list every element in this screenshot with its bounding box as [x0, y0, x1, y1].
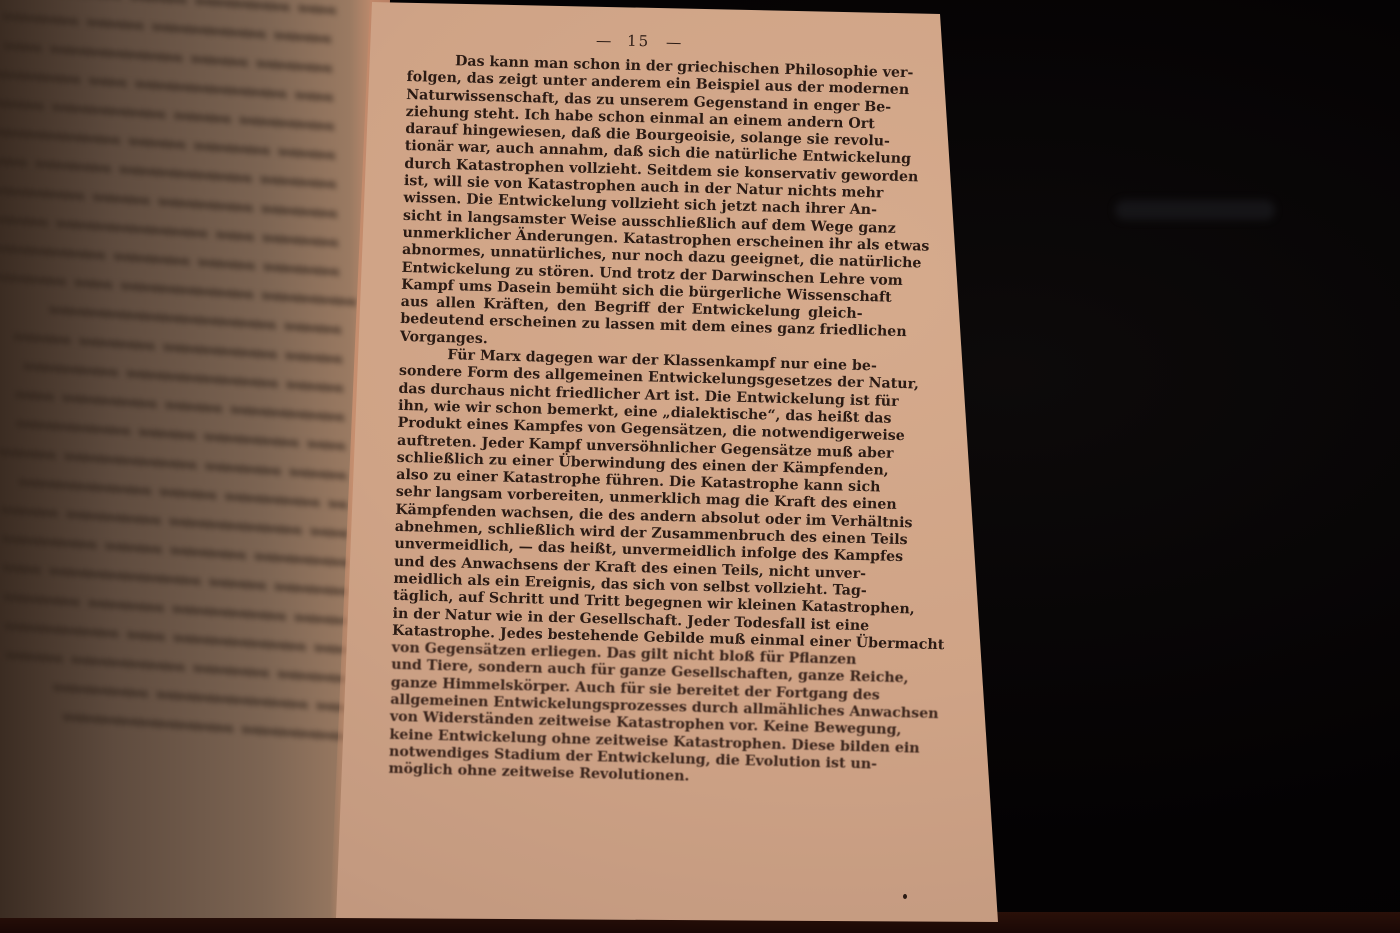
text-line: wissen. Die Entwickelung vollzieht sich …: [403, 190, 865, 219]
text-line: allgemeinen Entwickelungsprozesses durch…: [390, 692, 852, 721]
page-number: 15: [408, 26, 870, 56]
text-line: sondere Form des allgemeinen Entwickelun…: [399, 363, 861, 392]
page-number-value: 15: [627, 32, 651, 51]
text-line: sicht in langsamster Weise ausschließlic…: [403, 208, 865, 237]
text-line: Naturwissenschaft, das zu unserem Gegens…: [406, 87, 868, 116]
text-line: Für Marx dagegen war der Klassenkampf nu…: [399, 346, 861, 375]
text-line: täglich, auf Schritt und Tritt begegnen …: [393, 588, 855, 617]
text-line: Vorganges.: [400, 329, 862, 358]
text-line: unvermeidlich, — das heißt, unvermeidlic…: [394, 536, 856, 565]
right-page-content: 15 Das kann man schon in der griechische…: [388, 26, 870, 790]
paragraph-1: Das kann man schon in der griechischen P…: [400, 52, 870, 358]
text-line: in der Natur wie in der Gesellschaft. Je…: [392, 605, 854, 634]
text-line: und des Anwachsens der Kraft des einen T…: [394, 553, 856, 582]
text-line: ganze Himmelskörper. Auch für sie bereit…: [391, 674, 853, 703]
page-number-dash-left: [596, 40, 610, 41]
text-line: bedeutend erscheinen zu lassen mit dem e…: [400, 311, 862, 340]
text-line: notwendiges Stadium der Entwickelung, di…: [389, 744, 851, 773]
text-line: auftreten. Jeder Kampf unversöhnlicher G…: [397, 432, 859, 461]
text-line: folgen, das zeigt unter anderem ein Beis…: [406, 69, 868, 98]
text-line: darauf hingewiesen, daß die Bourgeoisie,…: [405, 121, 867, 150]
text-line: Entwickelung zu stören. Und trotz der Da…: [401, 259, 863, 288]
left-page-text: ꟷꟷꟷ ꟷꟷꟷꟷ ꟷꟷꟷ ꟷꟷꟷꟷꟷ ꟷꟷꟷꟷꟷꟷ ꟷꟷꟷ ꟷꟷꟷꟷꟷꟷ ꟷꟷꟷ…: [0, 0, 380, 756]
text-line: sehr langsam vorbereiten, unmerklich mag…: [396, 484, 858, 513]
text-line: also zu einer Katastrophe führen. Die Ka…: [396, 467, 858, 496]
text-line: durch Katastrophen vollzieht. Seitdem si…: [404, 156, 866, 185]
text-line: Produkt eines Kampfes von Gegensätzen, d…: [397, 415, 859, 444]
text-line: von Gegensätzen erliegen. Das gilt nicht…: [391, 640, 853, 669]
text-line: Das kann man schon in der griechischen P…: [407, 52, 869, 81]
text-line: ist, will sie von Katastrophen auch in d…: [404, 173, 866, 202]
text-line: ihn, wie wir schon bemerkt, eine „dialek…: [398, 398, 860, 427]
left-page-blurred: ꟷꟷꟷ ꟷꟷꟷꟷ ꟷꟷꟷ ꟷꟷꟷꟷꟷ ꟷꟷꟷꟷꟷꟷ ꟷꟷꟷ ꟷꟷꟷꟷꟷꟷ ꟷꟷꟷ…: [0, 0, 380, 918]
text-line: schließlich zu einer Überwindung des ein…: [396, 450, 858, 479]
text-line: ziehung steht. Ich habe schon einmal an …: [406, 104, 868, 133]
text-line: von Widerständen zeitweise Katastrophen …: [390, 709, 852, 738]
text-line: möglich ohne zeitweise Revolutionen.: [388, 761, 850, 790]
text-line: meidlich als ein Ereignis, das sich von …: [393, 571, 855, 600]
text-line: abnormes, unnatürliches, nur noch dazu g…: [402, 242, 864, 271]
text-line: Katastrophe. Jedes bestehende Gebilde mu…: [392, 623, 854, 652]
text-line: und Tiere, sondern auch für ganze Gesell…: [391, 657, 853, 686]
ink-speck: [903, 894, 907, 899]
text-line: abnehmen, schließlich wird der Zusammenb…: [395, 519, 857, 548]
text-line: aus allen Kräften, den Begriff der Entwi…: [401, 294, 863, 323]
book-photo-scene: ꟷꟷꟷ ꟷꟷꟷꟷ ꟷꟷꟷ ꟷꟷꟷꟷꟷ ꟷꟷꟷꟷꟷꟷ ꟷꟷꟷ ꟷꟷꟷꟷꟷꟷ ꟷꟷꟷ…: [0, 0, 1400, 933]
text-line: keine Entwickelung ohne zeitweise Katast…: [389, 726, 851, 755]
page-number-dash-right: [667, 42, 681, 43]
paragraph-2: Für Marx dagegen war der Klassenkampf nu…: [388, 346, 861, 790]
text-line: tionär war, auch annahm, daß sich die na…: [405, 138, 867, 167]
text-line: das durchaus nicht friedlicher Art ist. …: [398, 381, 860, 410]
background-glint: [1115, 200, 1275, 220]
text-line: Kampf ums Dasein bemüht sich die bürgerl…: [401, 277, 863, 306]
text-line: unmerklicher Änderungen. Katastrophen er…: [402, 225, 864, 254]
text-line: Kämpfenden wachsen, die des andern absol…: [395, 502, 857, 531]
